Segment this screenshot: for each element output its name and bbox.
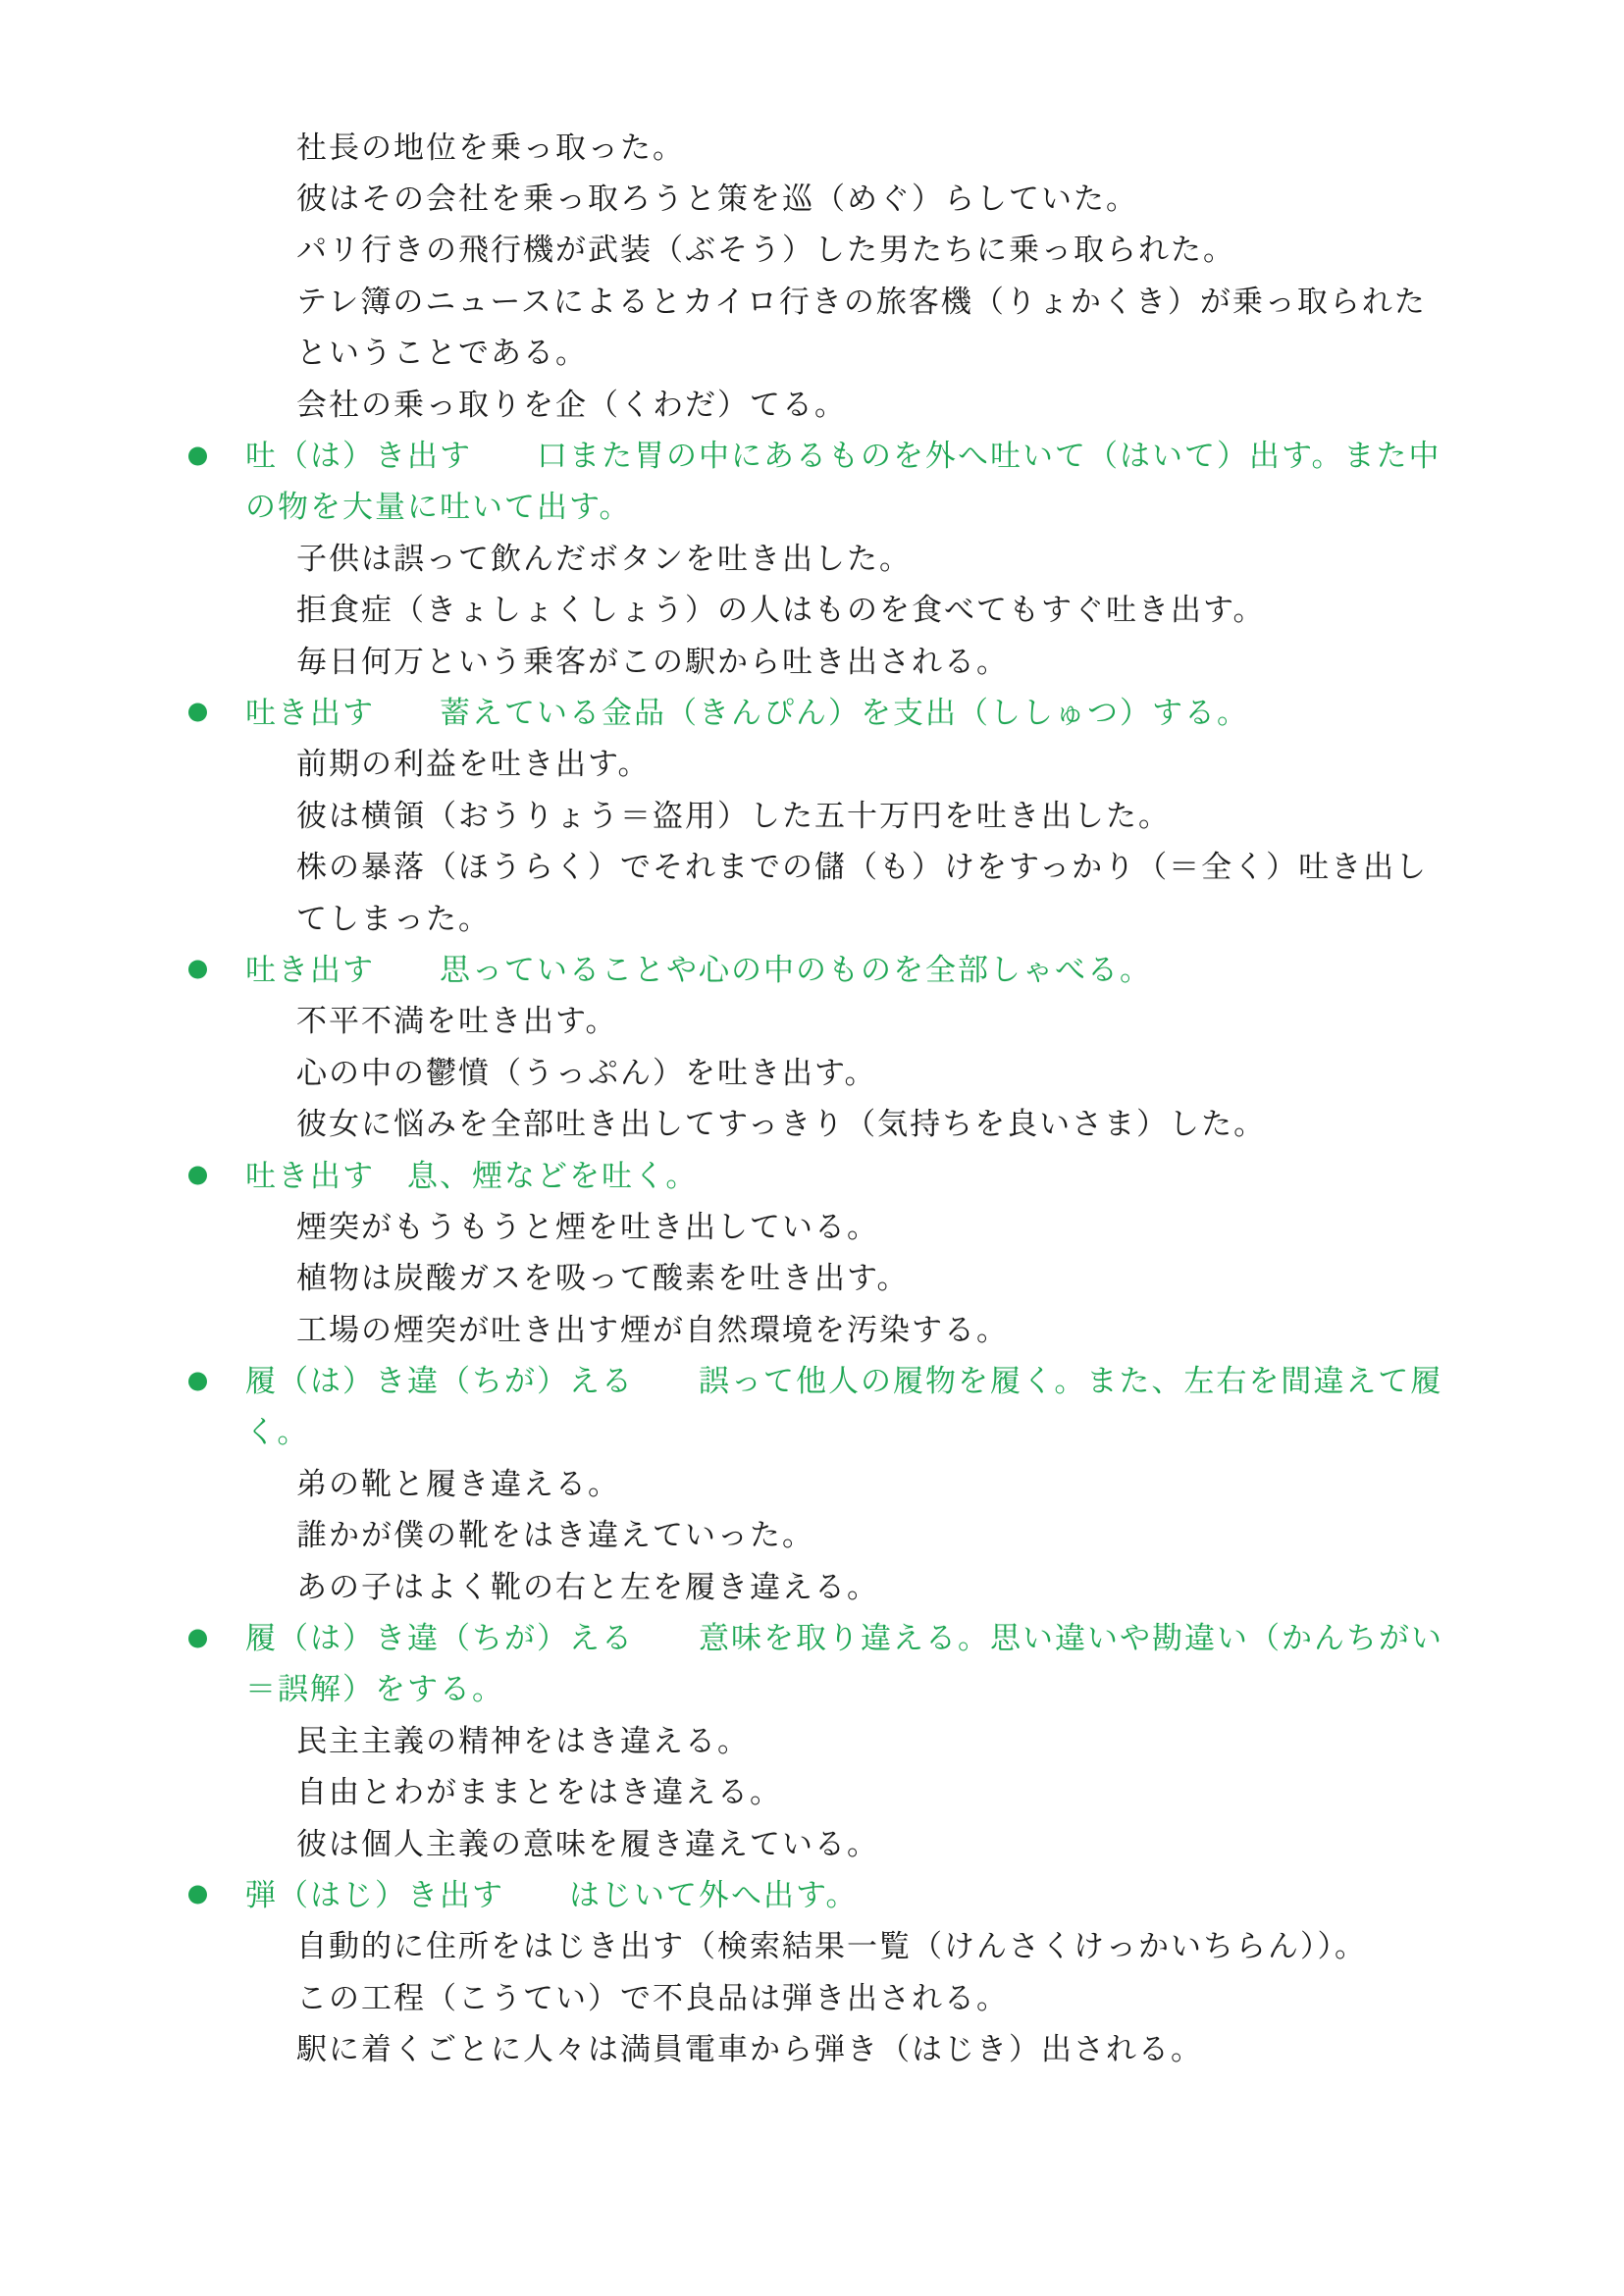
example-line: 誰かが僕の靴をはき違えていった。 xyxy=(0,1510,1624,1561)
entry-line: 吐（は）き出す 口また胃の中にあるものを外へ吐いて（はいて）出す。また中 xyxy=(0,430,1624,481)
entry-line: 吐き出す 蓄えている金品（きんぴん）を支出（ししゅつ）する。 xyxy=(0,687,1624,738)
example-line: 心の中の鬱憤（うっぷん）を吐き出す。 xyxy=(0,1047,1624,1098)
entry-text: ＝誤解）をする。 xyxy=(245,1674,504,1704)
bullet-icon xyxy=(188,1629,207,1647)
example-text: あの子はよく靴の右と左を履き違える。 xyxy=(296,1572,879,1602)
example-text: ということである。 xyxy=(296,338,588,368)
example-text: 弟の靴と履き違える。 xyxy=(296,1469,620,1499)
example-line: 子供は誤って飲んだボタンを吐き出した。 xyxy=(0,533,1624,584)
entry-line: 吐き出す 思っていることや心の中のものを全部しゃべる。 xyxy=(0,944,1624,995)
example-line: この工程（こうてい）で不良品は弾き出される。 xyxy=(0,1972,1624,2023)
example-text: 社長の地位を乗っ取った。 xyxy=(296,132,685,163)
vocabulary-document: 社長の地位を乗っ取った。 彼はその会社を乗っ取ろうと策を巡（めぐ）らしていた。 … xyxy=(0,0,1624,2075)
entry-text: 吐き出す 蓄えている金品（きんぴん）を支出（ししゅつ）する。 xyxy=(245,698,1249,728)
example-text: 不平不満を吐き出す。 xyxy=(296,1006,618,1036)
example-text: 株の暴落（ほうらく）でそれまでの儲（も）けをすっかり（＝全く）吐き出し xyxy=(296,852,1428,882)
example-line: 毎日何万という乗客がこの駅から吐き出される。 xyxy=(0,636,1624,687)
example-line: あの子はよく靴の右と左を履き違える。 xyxy=(0,1561,1624,1612)
example-line: 拒食症（きょしょくしょう）の人はものを食べてもすぐ吐き出す。 xyxy=(0,585,1624,636)
example-text: 毎日何万という乗客がこの駅から吐き出される。 xyxy=(296,647,1009,677)
example-text: 自由とわがままとをはき違える。 xyxy=(296,1777,782,1807)
example-text: この工程（こうてい）で不良品は弾き出される。 xyxy=(296,1983,1009,2013)
document-page: { "colors": { "page_bg": "#ffffff", "gre… xyxy=(0,0,1624,2296)
example-line: 自動的に住所をはじき出す（検索結果一覧（けんさくけっかいちらん））。 xyxy=(0,1921,1624,1972)
example-line: テレ簿のニュースによるとカイロ行きの旅客機（りょかくき）が乗っ取られた xyxy=(0,276,1624,327)
example-line: 煙突がもうもうと煙を吐き出している。 xyxy=(0,1201,1624,1252)
entry-continuation-line: ＝誤解）をする。 xyxy=(0,1664,1624,1715)
example-line: 彼は横領（おうりょう＝盗用）した五十万円を吐き出した。 xyxy=(0,790,1624,841)
example-text: 前期の利益を吐き出す。 xyxy=(296,749,651,779)
entry-continuation-line: く。 xyxy=(0,1407,1624,1458)
example-line: 彼女に悩みを全部吐き出してすっきり（気持ちを良いさま）した。 xyxy=(0,1098,1624,1149)
example-line: 工場の煙突が吐き出す煙が自然環境を汚染する。 xyxy=(0,1304,1624,1355)
entry-text: 履（は）き違（ちが）える 誤って他人の履物を履く。また、左右を間違えて履 xyxy=(245,1366,1442,1396)
example-line: 民主主義の精神をはき違える。 xyxy=(0,1715,1624,1766)
example-text: 植物は炭酸ガスを吸って酸素を吐き出す。 xyxy=(296,1263,910,1293)
entry-text: 吐（は）き出す 口また胃の中にあるものを外へ吐いて（はいて）出す。また中 xyxy=(245,441,1441,471)
entry-line: 履（は）き違（ちが）える 誤って他人の履物を履く。また、左右を間違えて履 xyxy=(0,1355,1624,1406)
entry-line: 吐き出す 息、煙などを吐く。 xyxy=(0,1150,1624,1201)
example-line: 彼は個人主義の意味を履き違えている。 xyxy=(0,1818,1624,1869)
example-line: パリ行きの飛行機が武装（ぶそう）した男たちに乗っ取られた。 xyxy=(0,225,1624,276)
example-text: 彼女に悩みを全部吐き出してすっきり（気持ちを良いさま）した。 xyxy=(296,1109,1266,1139)
bullet-icon xyxy=(188,704,207,722)
example-text: 彼は横領（おうりょう＝盗用）した五十万円を吐き出した。 xyxy=(296,801,1171,831)
entry-line: 履（は）き違（ちが）える 意味を取り違える。思い違いや勘違い（かんちがい xyxy=(0,1612,1624,1663)
entry-text: 履（は）き違（ちが）える 意味を取り違える。思い違いや勘違い（かんちがい xyxy=(245,1623,1443,1653)
example-line: 彼はその会社を乗っ取ろうと策を巡（めぐ）らしていた。 xyxy=(0,173,1624,224)
example-line: 駅に着くごとに人々は満員電車から弾き（はじき）出される。 xyxy=(0,2023,1624,2074)
example-text: 子供は誤って飲んだボタンを吐き出した。 xyxy=(296,544,912,574)
example-text: 彼はその会社を乗っ取ろうと策を巡（めぐ）らしていた。 xyxy=(296,183,1138,214)
example-line: 弟の靴と履き違える。 xyxy=(0,1458,1624,1509)
example-text: 工場の煙突が吐き出す煙が自然環境を汚染する。 xyxy=(296,1315,1009,1345)
entry-text: 吐き出す 息、煙などを吐く。 xyxy=(245,1161,698,1191)
entry-text: 弾（はじ）き出す はじいて外へ出す。 xyxy=(245,1880,859,1910)
example-line: 社長の地位を乗っ取った。 xyxy=(0,122,1624,173)
bullet-icon xyxy=(188,446,207,465)
bullet-icon xyxy=(188,1886,207,1905)
bullet-icon xyxy=(188,1372,207,1390)
entry-text: 吐き出す 思っていることや心の中のものを全部しゃべる。 xyxy=(245,955,1152,985)
example-line: 植物は炭酸ガスを吸って酸素を吐き出す。 xyxy=(0,1253,1624,1304)
entry-line: 弾（はじ）き出す はじいて外へ出す。 xyxy=(0,1869,1624,1920)
entry-continuation-line: の物を大量に吐いて出す。 xyxy=(0,482,1624,533)
example-text: 自動的に住所をはじき出す（検索結果一覧（けんさくけっかいちらん））。 xyxy=(296,1931,1367,1961)
example-text: 煙突がもうもうと煙を吐き出している。 xyxy=(296,1212,879,1242)
example-text: 民主主義の精神をはき違える。 xyxy=(296,1726,750,1756)
entry-text: の物を大量に吐いて出す。 xyxy=(245,492,632,522)
example-line: てしまった。 xyxy=(0,893,1624,944)
example-text: 誰かが僕の靴をはき違えていった。 xyxy=(296,1520,814,1550)
entry-text: く。 xyxy=(245,1417,309,1447)
example-text: パリ行きの飛行機が武装（ぶそう）した男たちに乗っ取られた。 xyxy=(296,235,1235,265)
example-text: 駅に着くごとに人々は満員電車から弾き（はじき）出される。 xyxy=(296,2034,1203,2064)
example-line: 自由とわがままとをはき違える。 xyxy=(0,1767,1624,1818)
example-line: 不平不満を吐き出す。 xyxy=(0,996,1624,1047)
bullet-icon xyxy=(188,1167,207,1185)
example-text: 心の中の鬱憤（うっぷん）を吐き出す。 xyxy=(296,1058,877,1088)
bullet-icon xyxy=(188,961,207,979)
example-text: てしまった。 xyxy=(296,904,491,934)
example-line: ということである。 xyxy=(0,328,1624,379)
example-text: テレ簿のニュースによるとカイロ行きの旅客機（りょかくき）が乗っ取られた xyxy=(296,287,1427,317)
example-line: 前期の利益を吐き出す。 xyxy=(0,739,1624,790)
example-line: 株の暴落（ほうらく）でそれまでの儲（も）けをすっかり（＝全く）吐き出し xyxy=(0,841,1624,892)
example-text: 拒食症（きょしょくしょう）の人はものを食べてもすぐ吐き出す。 xyxy=(296,595,1266,625)
example-line: 会社の乗っ取りを企（くわだ）てる。 xyxy=(0,379,1624,430)
example-text: 会社の乗っ取りを企（くわだ）てる。 xyxy=(296,390,847,420)
example-text: 彼は個人主義の意味を履き違えている。 xyxy=(296,1829,879,1859)
